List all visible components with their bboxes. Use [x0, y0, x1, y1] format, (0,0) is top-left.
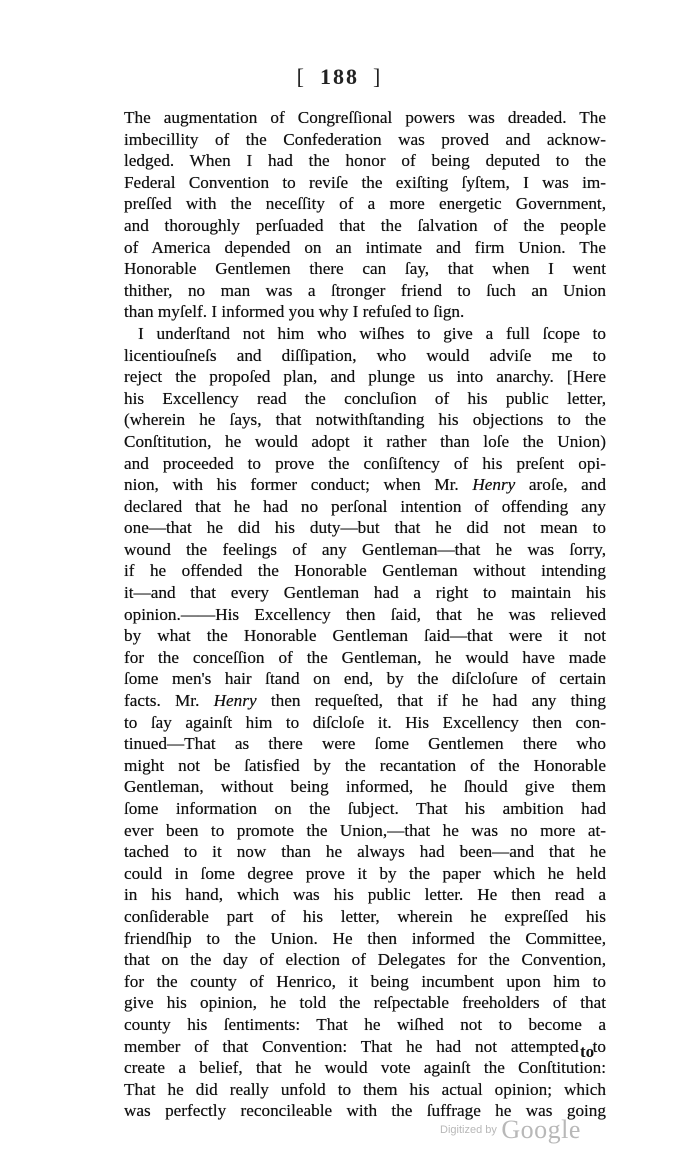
text-line: by what the Honorable Gentleman ſaid—tha…: [124, 625, 606, 647]
text-line: wound the feelings of any Gentleman—that…: [124, 539, 606, 561]
text-line: The augmentation of Congreſſional powers…: [124, 107, 606, 129]
text-line: reject the propoſed plan, and plunge us …: [124, 366, 606, 388]
text-line: for the county of Henrico, it being incu…: [124, 971, 606, 993]
book-page: [188] The augmentation of Congreſſional …: [0, 0, 679, 1168]
text-line: in his hand, which was his public letter…: [124, 884, 606, 906]
text-line: ledged. When I had the honor of being de…: [124, 150, 606, 172]
catchword: to: [580, 1042, 594, 1062]
text-line: Gentleman, without being informed, he ſh…: [124, 776, 606, 798]
text-line: friendſhip to the Union. He then informe…: [124, 928, 606, 950]
text-line: for the conceſſion of the Gentleman, he …: [124, 647, 606, 669]
text-line: imbecillity of the Confederation was pro…: [124, 129, 606, 151]
text-line: and proceeded to prove the conſiſtency o…: [124, 453, 606, 475]
text-line: conſiderable part of his letter, wherein…: [124, 906, 606, 928]
text-line: ſome information on the ſubject. That hi…: [124, 798, 606, 820]
page-number-header: [188]: [0, 64, 679, 90]
text-line: ſome men's hair ſtand on end, by the diſ…: [124, 668, 606, 690]
text-line: Conſtitution, he would adopt it rather t…: [124, 431, 606, 453]
text-line: nion, with his former conduct; when Mr. …: [124, 474, 606, 496]
text-line: facts. Mr. Henry then requeſted, that if…: [124, 690, 606, 712]
text-line: county his ſentiments: That he wiſhed no…: [124, 1014, 606, 1036]
text-line: create a belief, that he would vote agai…: [124, 1057, 606, 1079]
text-line: might not be ſatisfied by the recantatio…: [124, 755, 606, 777]
text-line: That he did really unfold to them his ac…: [124, 1079, 606, 1101]
text-line: that on the day of election of Delegates…: [124, 949, 606, 971]
text-line: declared that he had no perſonal intenti…: [124, 496, 606, 518]
text-line: (wherein he ſays, that notwithſtanding h…: [124, 409, 606, 431]
text-line: tinued—That as there were ſome Gentlemen…: [124, 733, 606, 755]
google-logo-text: Google: [501, 1115, 581, 1144]
text-line: ever been to promote the Union,—that he …: [124, 820, 606, 842]
italic-name: Henry: [472, 475, 515, 494]
text-line: of America depended on an intimate and f…: [124, 237, 606, 259]
text-line: member of that Convention: That he had n…: [124, 1036, 606, 1058]
text-line: licentiouſneſs and diſſipation, who woul…: [124, 345, 606, 367]
text-line: one—that he did his duty—but that he did…: [124, 517, 606, 539]
text-line: opinion.——His Excellency then ſaid, that…: [124, 604, 606, 626]
bracket-open: [: [283, 64, 320, 89]
watermark-prefix: Digitized by: [440, 1124, 497, 1136]
text-line-paragraph-start: I underſtand not him who wiſhes to give …: [124, 323, 606, 345]
italic-name: Henry: [214, 691, 257, 710]
text-line: it—and that every Gentleman had a right …: [124, 582, 606, 604]
text-line: preſſed with the neceſſity of a more ene…: [124, 193, 606, 215]
text-line: if he offended the Honorable Gentleman w…: [124, 560, 606, 582]
text-line: thither, no man was a ſtronger friend to…: [124, 280, 606, 302]
body-text: The augmentation of Congreſſional powers…: [124, 107, 606, 1122]
text-line: Federal Convention to reviſe the exiſtin…: [124, 172, 606, 194]
digitized-by-google-watermark: Digitized by Google: [440, 1115, 581, 1145]
text-line: tached to it now than he always had been…: [124, 841, 606, 863]
text-line: his Excellency read the concluſion of hi…: [124, 388, 606, 410]
page-number: 188: [320, 64, 359, 89]
text-line: and thoroughly perſuaded that the ſalvat…: [124, 215, 606, 237]
text-line: give his opinion, he told the reſpectabl…: [124, 992, 606, 1014]
text-line: to ſay againſt him to diſcloſe it. His E…: [124, 712, 606, 734]
text-line: than myſelf. I informed you why I refuſe…: [124, 301, 606, 323]
bracket-close: ]: [359, 64, 396, 89]
text-line: Honorable Gentlemen there can ſay, that …: [124, 258, 606, 280]
text-line: could in ſome degree prove it by the pap…: [124, 863, 606, 885]
